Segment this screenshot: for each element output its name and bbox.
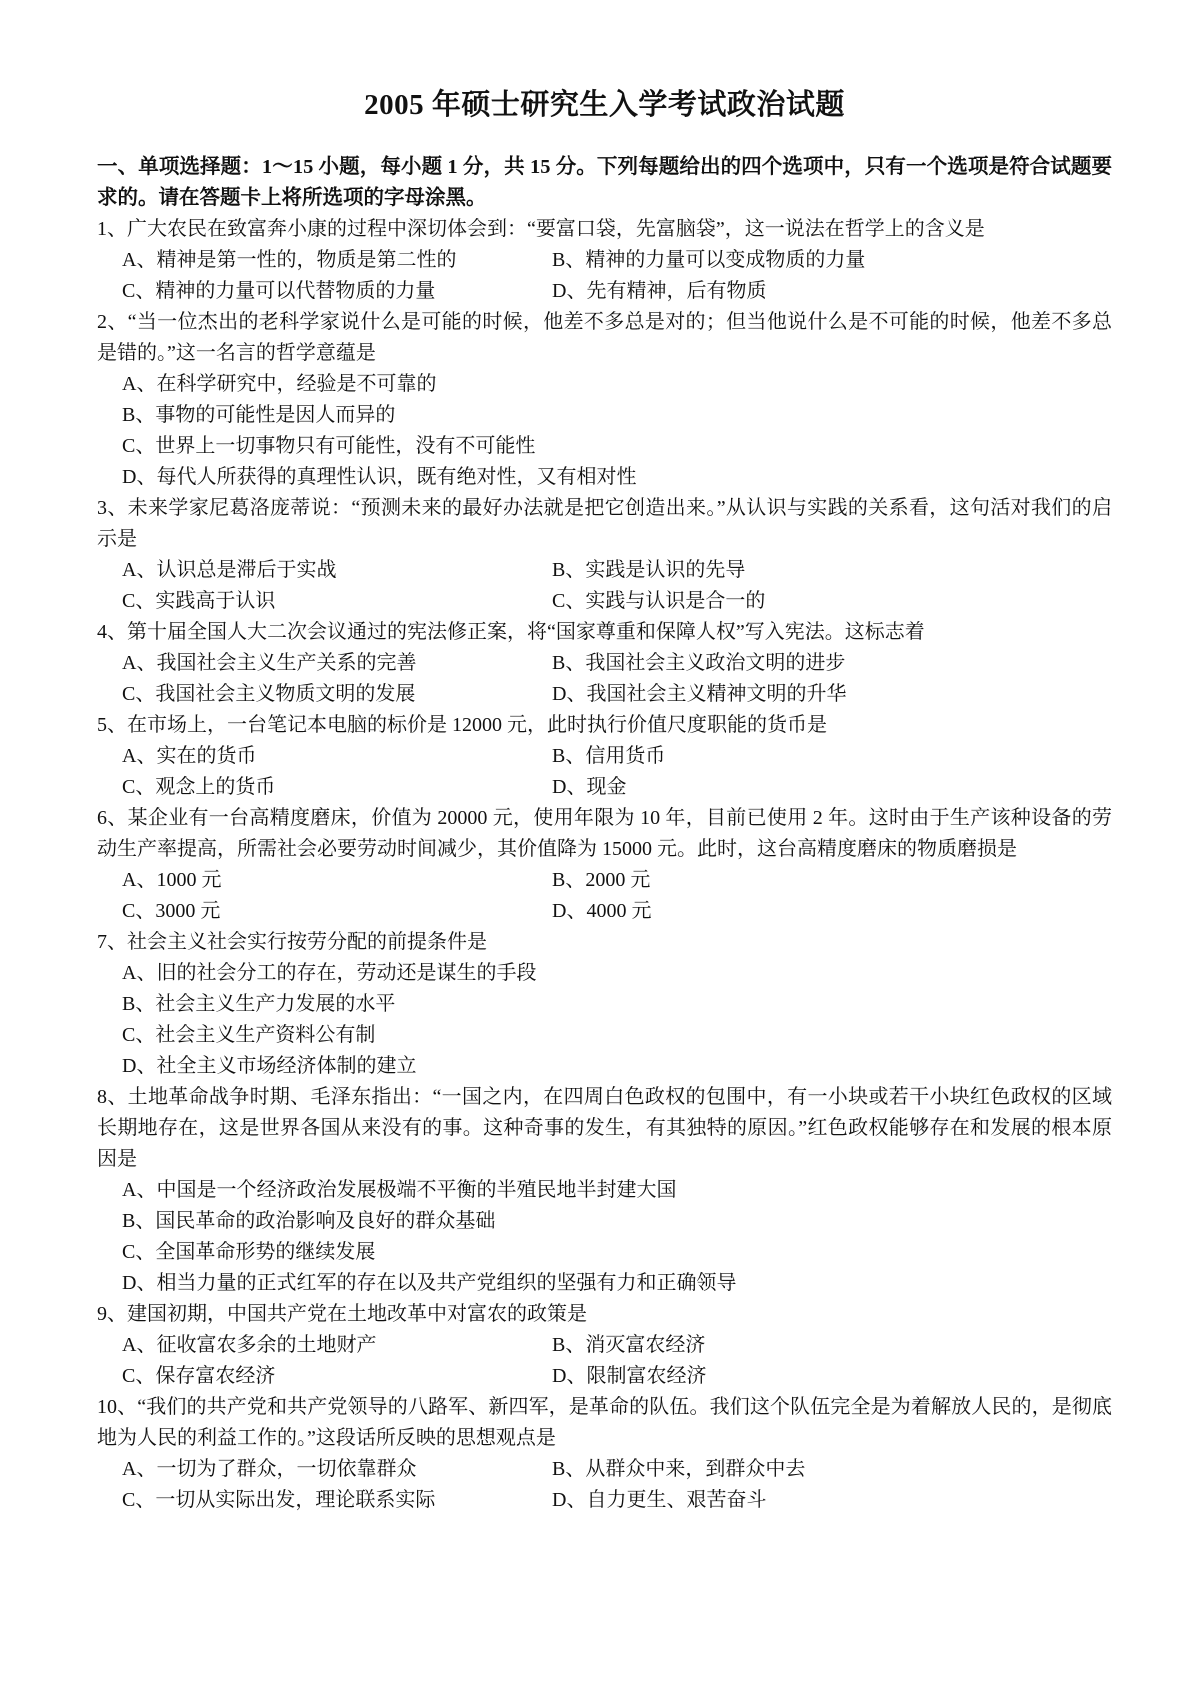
option: B、社会主义生产力发展的水平: [122, 989, 1112, 1020]
option: C、我国社会主义物质文明的发展: [122, 679, 552, 710]
option: C、保存富农经济: [122, 1361, 552, 1392]
option: C、社会主义生产资料公有制: [122, 1020, 1112, 1051]
option: D、4000 元: [552, 896, 1112, 927]
question-stem: 1、广大农民在致富奔小康的过程中深切体会到：“要富口袋，先富脑袋”，这一说法在哲…: [97, 214, 1112, 245]
option: C、实践高于认识: [122, 586, 552, 617]
option: B、2000 元: [552, 865, 1112, 896]
option: D、现金: [552, 772, 1112, 803]
questions: 1、广大农民在致富奔小康的过程中深切体会到：“要富口袋，先富脑袋”，这一说法在哲…: [97, 214, 1112, 1516]
document-page: 2005 年硕士研究生入学考试政治试题 一、单项选择题：1～15 小题，每小题 …: [0, 0, 1190, 1683]
option: B、信用货币: [552, 741, 1112, 772]
option: B、实践是认识的先导: [552, 555, 1112, 586]
option-group: A、在科学研究中，经验是不可靠的B、事物的可能性是因人而异的C、世界上一切事物只…: [97, 369, 1112, 493]
option: B、从群众中来，到群众中去: [552, 1454, 1112, 1485]
option: D、相当力量的正式红军的存在以及共产党组织的坚强有力和正确领导: [122, 1268, 1112, 1299]
option: B、国民革命的政治影响及良好的群众基础: [122, 1206, 1112, 1237]
option: B、我国社会主义政治文明的进步: [552, 648, 1112, 679]
option-group: A、中国是一个经济政治发展极端不平衡的半殖民地半封建大国B、国民革命的政治影响及…: [97, 1175, 1112, 1299]
question-stem: 2、“当一位杰出的老科学家说什么是可能的时候，他差不多总是对的；但当他说什么是不…: [97, 307, 1112, 369]
option-group: A、精神是第一性的，物质是第二性的B、精神的力量可以变成物质的力量C、精神的力量…: [97, 245, 1112, 307]
option-group: A、征收富农多余的土地财产B、消灭富农经济C、保存富农经济D、限制富农经济: [97, 1330, 1112, 1392]
question-stem: 7、社会主义社会实行按劳分配的前提条件是: [97, 927, 1112, 958]
option: A、1000 元: [122, 865, 552, 896]
option: D、我国社会主义精神文明的升华: [552, 679, 1112, 710]
option: C、精神的力量可以代替物质的力量: [122, 276, 552, 307]
option-group: A、我国社会主义生产关系的完善B、我国社会主义政治文明的进步C、我国社会主义物质…: [97, 648, 1112, 710]
option: C、实践与认识是合一的: [552, 586, 1112, 617]
option: B、消灭富农经济: [552, 1330, 1112, 1361]
question-stem: 4、第十届全国人大二次会议通过的宪法修正案，将“国家尊重和保障人权”写入宪法。这…: [97, 617, 1112, 648]
option: C、世界上一切事物只有可能性，没有不可能性: [122, 431, 1112, 462]
option: A、一切为了群众，一切依靠群众: [122, 1454, 552, 1485]
question-stem: 10、“我们的共产党和共产党领导的八路军、新四军，是革命的队伍。我们这个队伍完全…: [97, 1392, 1112, 1454]
option: A、征收富农多余的土地财产: [122, 1330, 552, 1361]
option: A、中国是一个经济政治发展极端不平衡的半殖民地半封建大国: [122, 1175, 1112, 1206]
option: C、3000 元: [122, 896, 552, 927]
option-group: A、1000 元B、2000 元C、3000 元D、4000 元: [97, 865, 1112, 927]
option-group: A、认识总是滞后于实战B、实践是认识的先导C、实践高于认识C、实践与认识是合一的: [97, 555, 1112, 617]
option-group: A、实在的货币B、信用货币C、观念上的货币D、现金: [97, 741, 1112, 803]
section-intro: 一、单项选择题：1～15 小题，每小题 1 分，共 15 分。下列每题给出的四个…: [97, 152, 1112, 214]
option: B、事物的可能性是因人而异的: [122, 400, 1112, 431]
option: A、精神是第一性的，物质是第二性的: [122, 245, 552, 276]
option: A、在科学研究中，经验是不可靠的: [122, 369, 1112, 400]
option: D、社全主义市场经济体制的建立: [122, 1051, 1112, 1082]
question-stem: 6、某企业有一台高精度磨床，价值为 20000 元，使用年限为 10 年，目前已…: [97, 803, 1112, 865]
option: D、每代人所获得的真理性认识，既有绝对性，又有相对性: [122, 462, 1112, 493]
option: A、旧的社会分工的存在，劳动还是谋生的手段: [122, 958, 1112, 989]
option: C、一切从实际出发，理论联系实际: [122, 1485, 552, 1516]
option-group: A、一切为了群众，一切依靠群众B、从群众中来，到群众中去C、一切从实际出发，理论…: [97, 1454, 1112, 1516]
question-stem: 9、建国初期，中国共产党在土地改革中对富农的政策是: [97, 1299, 1112, 1330]
question-stem: 8、土地革命战争时期、毛泽东指出：“一国之内，在四周白色政权的包围中，有一小块或…: [97, 1082, 1112, 1175]
page-title: 2005 年硕士研究生入学考试政治试题: [97, 88, 1112, 122]
option-group: A、旧的社会分工的存在，劳动还是谋生的手段B、社会主义生产力发展的水平C、社会主…: [97, 958, 1112, 1082]
question-stem: 5、在市场上，一台笔记本电脑的标价是 12000 元，此时执行价值尺度职能的货币…: [97, 710, 1112, 741]
option: A、实在的货币: [122, 741, 552, 772]
option: C、全国革命形势的继续发展: [122, 1237, 1112, 1268]
option: B、精神的力量可以变成物质的力量: [552, 245, 1112, 276]
option: A、认识总是滞后于实战: [122, 555, 552, 586]
option: D、自力更生、艰苦奋斗: [552, 1485, 1112, 1516]
option: D、先有精神，后有物质: [552, 276, 1112, 307]
option: A、我国社会主义生产关系的完善: [122, 648, 552, 679]
option: D、限制富农经济: [552, 1361, 1112, 1392]
option: C、观念上的货币: [122, 772, 552, 803]
question-stem: 3、未来学家尼葛洛庞蒂说：“预测未来的最好办法就是把它创造出来。”从认识与实践的…: [97, 493, 1112, 555]
